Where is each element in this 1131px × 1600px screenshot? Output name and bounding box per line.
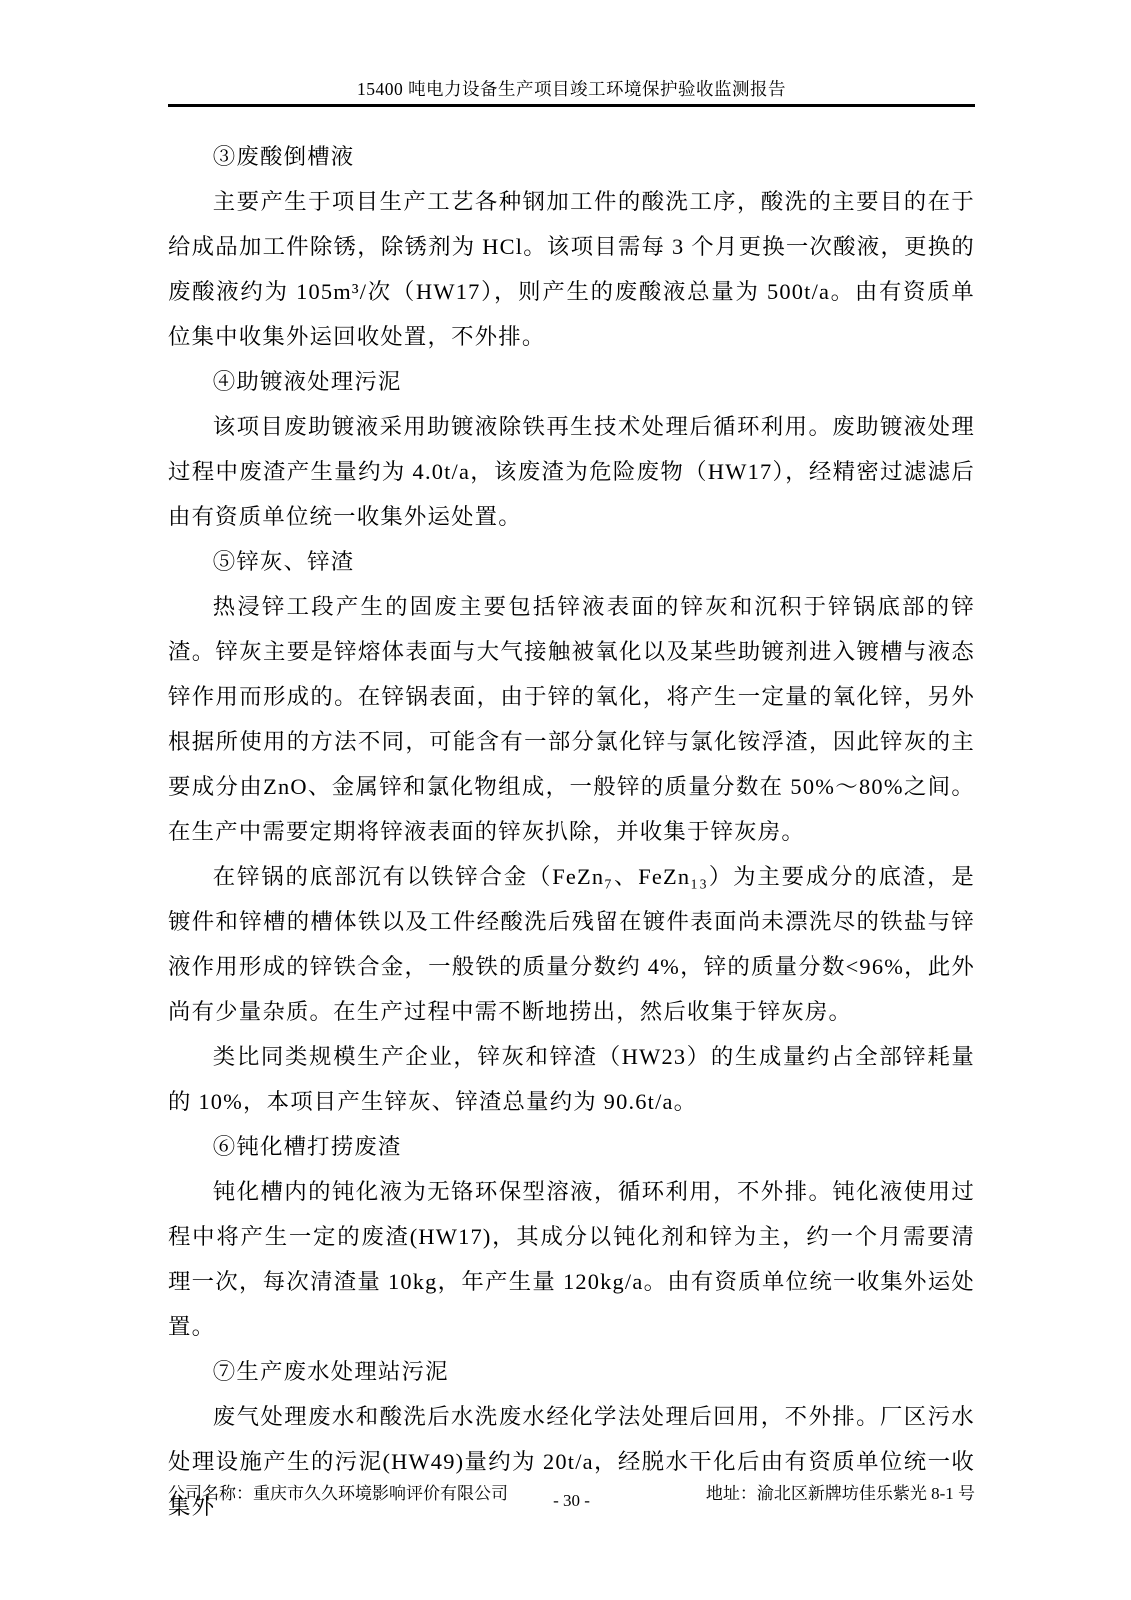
page-header: 15400 吨电力设备生产项目竣工环境保护验收监测报告 — [168, 78, 975, 107]
paragraph-zinc-ash: 热浸锌工段产生的固废主要包括锌液表面的锌灰和沉积于锌锅底部的锌渣。锌灰主要是锌熔… — [168, 584, 975, 854]
paragraph-zinc-dross: 在锌锅的底部沉有以铁锌合金（FeZn₇、FeZn₁₃）为主要成分的底渣，是镀件和… — [168, 854, 975, 1034]
paragraph-flux-sludge: 该项目废助镀液采用助镀液除铁再生技术处理后循环利用。废助镀液处理过程中废渣产生量… — [168, 404, 975, 539]
paragraph-zinc-totals: 类比同类规模生产企业，锌灰和锌渣（HW23）的生成量约占全部锌耗量的 10%，本… — [168, 1034, 975, 1124]
section-heading-wastewater: ⑦生产废水处理站污泥 — [168, 1349, 975, 1394]
paragraph-passivation: 钝化槽内的钝化液为无铬环保型溶液，循环利用，不外排。钝化液使用过程中将产生一定的… — [168, 1169, 975, 1349]
header-title: 15400 吨电力设备生产项目竣工环境保护验收监测报告 — [357, 79, 786, 99]
footer-company-name: 公司名称：重庆市久久环境影响评价有限公司 — [168, 1483, 508, 1505]
footer-address: 地址：渝北区新牌坊佳乐紫光 8-1 号 — [706, 1483, 975, 1505]
section-heading-passivation: ⑥钝化槽打捞废渣 — [168, 1124, 975, 1169]
footer-page-number: - 30 - — [553, 1490, 590, 1512]
document-page: 15400 吨电力设备生产项目竣工环境保护验收监测报告 ③废酸倒槽液 主要产生于… — [0, 0, 1131, 1600]
section-heading-waste-acid: ③废酸倒槽液 — [168, 134, 975, 179]
paragraph-waste-acid: 主要产生于项目生产工艺各种钢加工件的酸洗工序，酸洗的主要目的在于给成品加工件除锈… — [168, 179, 975, 359]
section-heading-zinc-ash: ⑤锌灰、锌渣 — [168, 539, 975, 584]
document-body: ③废酸倒槽液 主要产生于项目生产工艺各种钢加工件的酸洗工序，酸洗的主要目的在于给… — [168, 134, 975, 1529]
section-heading-flux-sludge: ④助镀液处理污泥 — [168, 359, 975, 404]
